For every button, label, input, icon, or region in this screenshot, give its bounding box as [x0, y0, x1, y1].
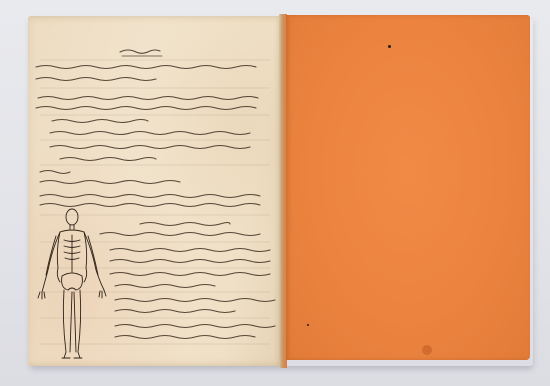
- ink-speck: [388, 45, 391, 48]
- stain-spot: [422, 345, 432, 355]
- right-orange-page: [286, 15, 530, 360]
- ink-speck: [307, 324, 309, 326]
